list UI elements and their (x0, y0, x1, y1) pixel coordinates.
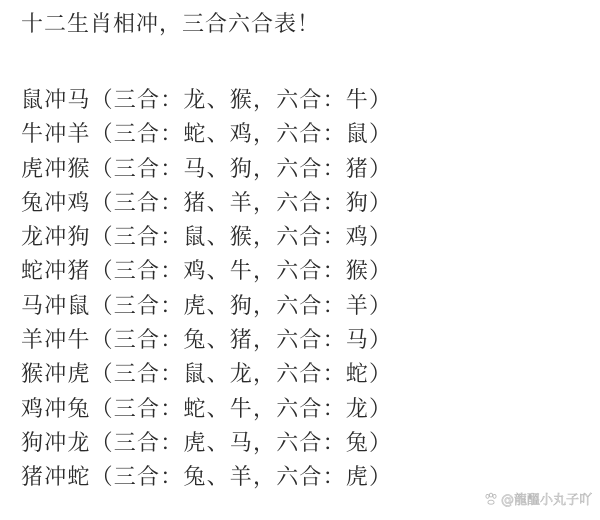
list-item: 兔冲鸡（三合：猪、羊，六合：狗） (21, 187, 392, 221)
row-text: 龙冲狗（三合：鼠、猴，六合：鸡） (21, 225, 392, 250)
list-item: 蛇冲猪（三合：鸡、牛，六合：猴） (21, 255, 392, 289)
watermark: @龍醞小丸子吖 (484, 489, 592, 508)
row-text: 兔冲鸡（三合：猪、羊，六合：狗） (21, 191, 392, 216)
row-text: 虎冲猴（三合：马、狗，六合：猪） (21, 157, 392, 182)
watermark-text: @龍醞小丸子吖 (501, 489, 592, 508)
row-text: 鸡冲兔（三合：蛇、牛，六合：龙） (21, 397, 392, 422)
row-text: 狗冲龙（三合：虎、马，六合：兔） (21, 431, 392, 456)
list-item: 鼠冲马（三合：龙、猴，六合：牛） (21, 84, 392, 118)
row-text: 猪冲蛇（三合：兔、羊，六合：虎） (21, 465, 392, 490)
list-item: 猪冲蛇（三合：兔、羊，六合：虎） (21, 461, 392, 495)
row-text: 蛇冲猪（三合：鸡、牛，六合：猴） (21, 259, 392, 284)
row-text: 鼠冲马（三合：龙、猴，六合：牛） (21, 88, 392, 113)
paw-icon (484, 492, 498, 506)
list-item: 鸡冲兔（三合：蛇、牛，六合：龙） (21, 393, 392, 427)
list-item: 虎冲猴（三合：马、狗，六合：猪） (21, 153, 392, 187)
list-item: 马冲鼠（三合：虎、狗，六合：羊） (21, 290, 392, 324)
list-item: 牛冲羊（三合：蛇、鸡，六合：鼠） (21, 118, 392, 152)
list-item: 羊冲牛（三合：兔、猪，六合：马） (21, 324, 392, 358)
row-text: 羊冲牛（三合：兔、猪，六合：马） (21, 328, 392, 353)
page-title: 十二生肖相冲，三合六合表！ (21, 10, 320, 40)
row-text: 牛冲羊（三合：蛇、鸡，六合：鼠） (21, 122, 392, 147)
list-item: 龙冲狗（三合：鼠、猴，六合：鸡） (21, 221, 392, 255)
zodiac-compatibility-list: 鼠冲马（三合：龙、猴，六合：牛） 牛冲羊（三合：蛇、鸡，六合：鼠） 虎冲猴（三合… (21, 84, 392, 496)
row-text: 猴冲虎（三合：鼠、龙，六合：蛇） (21, 362, 392, 387)
row-text: 马冲鼠（三合：虎、狗，六合：羊） (21, 294, 392, 319)
list-item: 狗冲龙（三合：虎、马，六合：兔） (21, 427, 392, 461)
list-item: 猴冲虎（三合：鼠、龙，六合：蛇） (21, 358, 392, 392)
